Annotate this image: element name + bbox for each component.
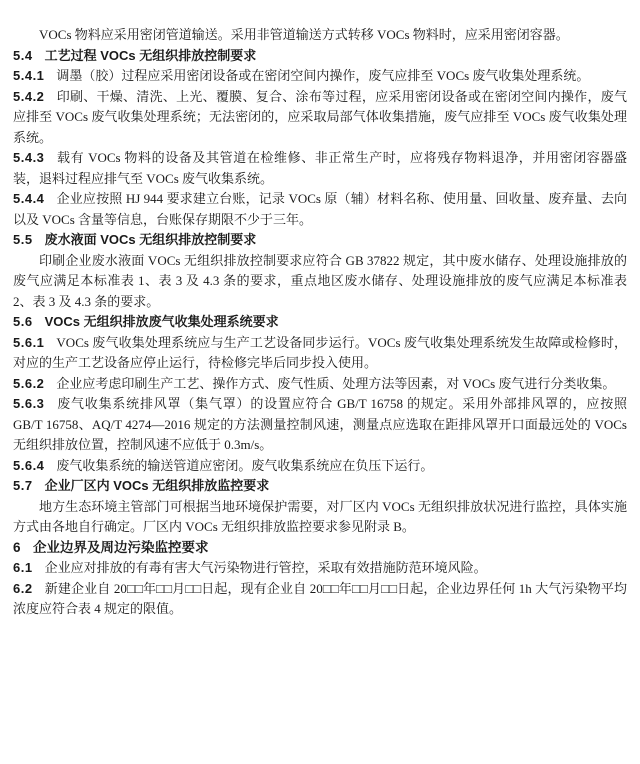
clause-text: 载有 VOCs 物料的设备及其管道在检维修、非正常生产时，应将残存物料退净，并用… <box>13 150 627 186</box>
heading-5-7: 5.7企业厂区内 VOCs 无组织排放监控要求 <box>13 476 627 497</box>
clause-text: 企业应对排放的有毒有害大气污染物进行管控，采取有效措施防范环境风险。 <box>45 560 487 575</box>
clause-number: 5.6.3 <box>13 396 44 411</box>
clause-number: 5.4.2 <box>13 89 44 104</box>
clause-5-4-4: 5.4.4企业应按照 HJ 944 要求建立台账，记录 VOCs 原（辅）材料名… <box>13 189 627 230</box>
heading-text: 企业边界及周边污染监控要求 <box>33 540 209 555</box>
heading-text: 废水液面 VOCs 无组织排放控制要求 <box>45 232 257 247</box>
heading-number: 5.6 <box>13 314 33 329</box>
heading-5-5: 5.5废水液面 VOCs 无组织排放控制要求 <box>13 230 627 251</box>
heading-number: 6 <box>13 540 21 555</box>
heading-5-4: 5.4工艺过程 VOCs 无组织排放控制要求 <box>13 46 627 67</box>
clause-number: 6.1 <box>13 560 33 575</box>
paragraph-vocs-material-transfer: VOCs 物料应采用密闭管道输送。采用非管道输送方式转移 VOCs 物料时，应采… <box>13 25 627 46</box>
clause-5-6-3: 5.6.3废气收集系统排风罩（集气罩）的设置应符合 GB/T 16758 的规定… <box>13 394 627 456</box>
heading-number: 5.5 <box>13 232 33 247</box>
clause-number: 5.6.1 <box>13 335 44 350</box>
clause-number: 6.2 <box>13 581 33 596</box>
clause-number: 5.4.4 <box>13 191 44 206</box>
clause-text: 调墨（胶）过程应采用密闭设备或在密闭空间内操作，废气应排至 VOCs 废气收集处… <box>56 68 589 83</box>
clause-5-4-1: 5.4.1调墨（胶）过程应采用密闭设备或在密闭空间内操作，废气应排至 VOCs … <box>13 66 627 87</box>
paragraph-wastewater-surface: 印刷企业废水液面 VOCs 无组织排放控制要求应符合 GB 37822 规定，其… <box>13 251 627 313</box>
clause-5-6-2: 5.6.2企业应考虑印刷生产工艺、操作方式、废气性质、处理方法等因素，对 VOC… <box>13 374 627 395</box>
clause-text: 印刷、干燥、清洗、上光、覆膜、复合、涂布等过程，应采用密闭设备或在密闭空间内操作… <box>13 89 627 145</box>
clause-6-1: 6.1企业应对排放的有毒有害大气污染物进行管控，采取有效措施防范环境风险。 <box>13 558 627 579</box>
clause-5-4-2: 5.4.2印刷、干燥、清洗、上光、覆膜、复合、涂布等过程，应采用密闭设备或在密闭… <box>13 87 627 149</box>
clause-text: VOCs 废气收集处理系统应与生产工艺设备同步运行。VOCs 废气收集处理系统发… <box>13 335 627 371</box>
clause-5-6-1: 5.6.1VOCs 废气收集处理系统应与生产工艺设备同步运行。VOCs 废气收集… <box>13 333 627 374</box>
clause-text: 新建企业自 20□□年□□月□□日起，现有企业自 20□□年□□月□□日起，企业… <box>13 581 627 617</box>
heading-text: 企业厂区内 VOCs 无组织排放监控要求 <box>45 478 270 493</box>
heading-6: 6企业边界及周边污染监控要求 <box>13 538 627 559</box>
standard-document-page: VOCs 物料应采用密闭管道输送。采用非管道输送方式转移 VOCs 物料时，应采… <box>0 0 640 764</box>
clause-number: 5.4.1 <box>13 68 44 83</box>
heading-text: 工艺过程 VOCs 无组织排放控制要求 <box>45 48 257 63</box>
clause-text: 企业应按照 HJ 944 要求建立台账，记录 VOCs 原（辅）材料名称、使用量… <box>13 191 627 227</box>
heading-text: VOCs 无组织排放废气收集处理系统要求 <box>45 314 279 329</box>
heading-5-6: 5.6VOCs 无组织排放废气收集处理系统要求 <box>13 312 627 333</box>
heading-number: 5.4 <box>13 48 33 63</box>
clause-number: 5.6.2 <box>13 376 44 391</box>
clause-number: 5.4.3 <box>13 150 44 165</box>
paragraph-local-monitoring: 地方生态环境主管部门可根据当地环境保护需要，对厂区内 VOCs 无组织排放状况进… <box>13 497 627 538</box>
clause-number: 5.6.4 <box>13 458 44 473</box>
clause-5-4-3: 5.4.3载有 VOCs 物料的设备及其管道在检维修、非正常生产时，应将残存物料… <box>13 148 627 189</box>
clause-5-6-4: 5.6.4废气收集系统的输送管道应密闭。废气收集系统应在负压下运行。 <box>13 456 627 477</box>
clause-text: 废气收集系统排风罩（集气罩）的设置应符合 GB/T 16758 的规定。采用外部… <box>13 396 627 452</box>
heading-number: 5.7 <box>13 478 33 493</box>
clause-text: 企业应考虑印刷生产工艺、操作方式、废气性质、处理方法等因素，对 VOCs 废气进… <box>56 376 615 391</box>
clause-6-2: 6.2新建企业自 20□□年□□月□□日起，现有企业自 20□□年□□月□□日起… <box>13 579 627 620</box>
clause-text: 废气收集系统的输送管道应密闭。废气收集系统应在负压下运行。 <box>56 458 433 473</box>
